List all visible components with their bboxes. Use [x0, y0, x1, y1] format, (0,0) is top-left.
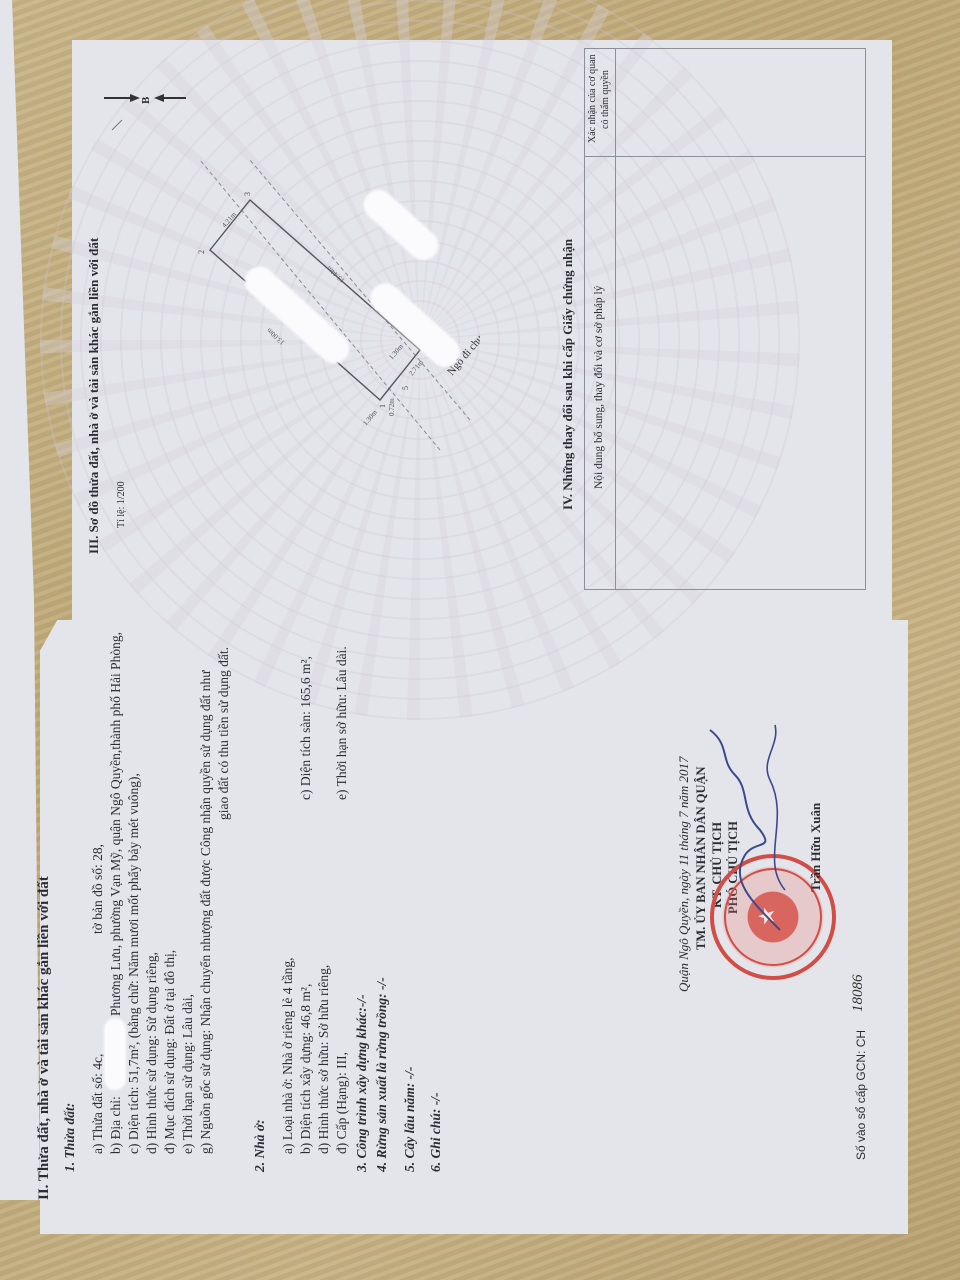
land-address: Phương Lưu, phường Vạn Mỹ, quận Ngô Quyề…: [108, 632, 124, 1016]
land-use-form: d) Hình thức sử dụng: Sử dụng riêng,: [144, 952, 160, 1154]
svg-text:3: 3: [243, 192, 252, 196]
certificate-spread: II. Thửa đất, nhà ở và tài sản khác gắn …: [0, 0, 960, 1280]
land-origin: g) Nguồn gốc sử dụng: Nhận chuyển nhượng…: [198, 670, 214, 1154]
house-heading: 2. Nhà ở:: [252, 1119, 268, 1172]
other-construction: 3. Công trình xây dựng khác:-/-: [354, 994, 370, 1172]
land-use-purpose: đ) Mục đích sử dụng: Đất ở tại đô thị,: [162, 950, 178, 1154]
section4-heading: IV. Những thay đổi sau khi cấp Giấy chứn…: [560, 239, 576, 510]
land-plot-diagram: 1 2 3 4 5 13.00m 13.44m 4.21m 1.30m 2.71…: [180, 160, 480, 460]
changes-col-confirm-1: Xác nhận của cơ quan: [587, 54, 598, 143]
land-origin-cont: giao đất có thu tiền sử dụng đất.: [216, 647, 232, 820]
svg-text:13.00m: 13.00m: [265, 326, 287, 346]
svg-text:1.30m: 1.30m: [361, 408, 379, 427]
section2-heading: II. Thửa đất, nhà ở và tài sản khác gắn …: [36, 876, 53, 1200]
changes-col-content: Nội dung bổ sung, thay đổi và cơ sở pháp…: [593, 286, 605, 490]
house-built-area: b) Diện tích xây dựng: 46,8 m²,: [298, 984, 314, 1154]
svg-text:5: 5: [401, 386, 410, 390]
house-ownership-term: e) Thời hạn sở hữu: Lâu dài.: [334, 646, 350, 800]
land-use-term: e) Thời hạn sử dụng: Lâu dài,: [180, 994, 196, 1154]
production-forest: 4. Rừng sản xuất là rừng trồng: -/-: [374, 977, 390, 1172]
changes-col-confirm-2: có thẩm quyền: [600, 70, 611, 129]
registry-number: 18086: [850, 975, 867, 1013]
house-type: a) Loại nhà ở: Nhà ở riêng lẻ 4 tầng,: [280, 958, 296, 1154]
land-heading: 1. Thửa đất:: [62, 1103, 78, 1172]
land-map-sheet: tờ bản đồ số: 28,: [90, 844, 106, 934]
svg-text:0.72m: 0.72m: [388, 398, 396, 416]
perennial-trees: 5. Cây lâu năm: -/-: [402, 1067, 418, 1172]
svg-text:1: 1: [378, 404, 387, 408]
registry-label: Số vào sổ cấp GCN: CH: [854, 1030, 868, 1160]
redaction-mark: [104, 1018, 126, 1090]
north-arrow-icon: [100, 60, 190, 150]
land-address-label: b) Địa chỉ:: [108, 1096, 124, 1154]
changes-table: Nội dung bổ sung, thay đổi và cơ sở pháp…: [584, 48, 866, 590]
svg-text:13.44m: 13.44m: [325, 264, 347, 284]
handwritten-signature: [690, 720, 810, 950]
house-floor-area: c) Diện tích sàn: 165,6 m²,: [298, 656, 314, 800]
svg-text:2.71m: 2.71m: [407, 358, 425, 377]
table-divider: [585, 156, 865, 157]
signer-name: Trần Hữu Xuân: [808, 803, 824, 892]
svg-text:2: 2: [197, 250, 206, 254]
svg-text:1.30m: 1.30m: [387, 342, 405, 361]
section3-heading: III. Sơ đồ thửa đất, nhà ở và tài sản kh…: [86, 238, 102, 554]
map-scale: Tỉ lệ: 1/200: [116, 481, 127, 528]
notes: 6. Ghi chú: -/-: [428, 1092, 444, 1172]
house-ownership-form: d) Hình thức sở hữu: Sở hữu riêng,: [316, 965, 332, 1154]
house-grade: đ) Cấp (Hạng): III,: [334, 1052, 350, 1154]
land-area: c) Diện tích: 51,7m², (bằng chữ: Năm mươ…: [126, 773, 142, 1154]
